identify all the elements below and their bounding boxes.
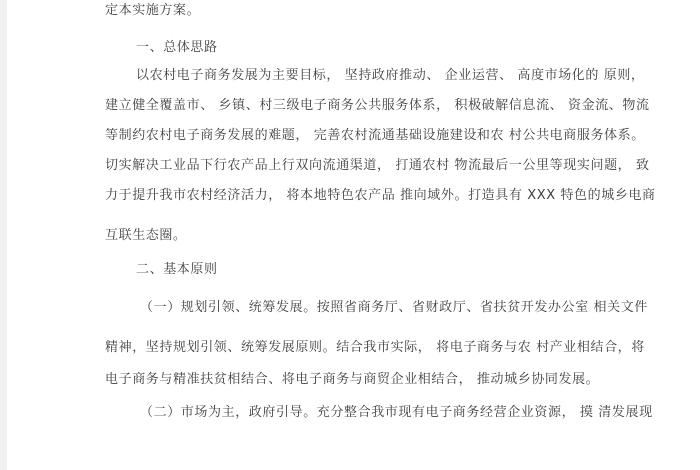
paragraph-line: 互联生态圈。 [105,228,187,244]
paragraph-line: 切实解决工业品下行农产品上行双向流通渠道， 打通农村 物流最后一公里等现实问题，… [105,158,650,174]
paragraph-line: 力于提升我市农村经济活力， 将本地特色农产品 推向域外。打造具有 XXX 特色的… [105,188,656,204]
text-line-continuation: 定本实施方案。 [105,3,200,19]
section-heading-basic-principles: 二、基本原则 [136,262,218,278]
paragraph-line: 建立健全覆盖市、 乡镇、村三级电子商务公共服务体系， 积极破解信息流、 资金流、… [105,98,650,114]
section-heading-overall-approach: 一、总体思路 [136,40,218,56]
document-page: 定本实施方案。 一、总体思路 以农村电子商务发展为主要目标， 坚持政府推动、 企… [0,0,700,470]
paragraph-line: 精神，坚持规划引领、统筹发展原则。结合我市实际， 将电子商务与农 村产业相结合，… [105,340,645,356]
paragraph-line: 以农村电子商务发展为主要目标， 坚持政府推动、 企业运营、 高度市场化的 原则， [136,68,645,84]
paragraph-line: （二）市场为主，政府引导。充分整合我市现有电子商务经营企业资源， 摸 清发展现 [140,405,653,421]
paragraph-line: 电子商务与精准扶贫相结合、将电子商务与商贸企业相结合， 推动城乡协同发展。 [105,372,599,388]
paragraph-line: （一）规划引领、统筹发展。按照省商务厅、省财政厅、省扶贫开发办公室 相关文件 [140,300,648,316]
paragraph-line: 等制约农村电子商务发展的难题， 完善农村流通基础设施建设和农 村公共电商服务体系… [105,128,645,144]
